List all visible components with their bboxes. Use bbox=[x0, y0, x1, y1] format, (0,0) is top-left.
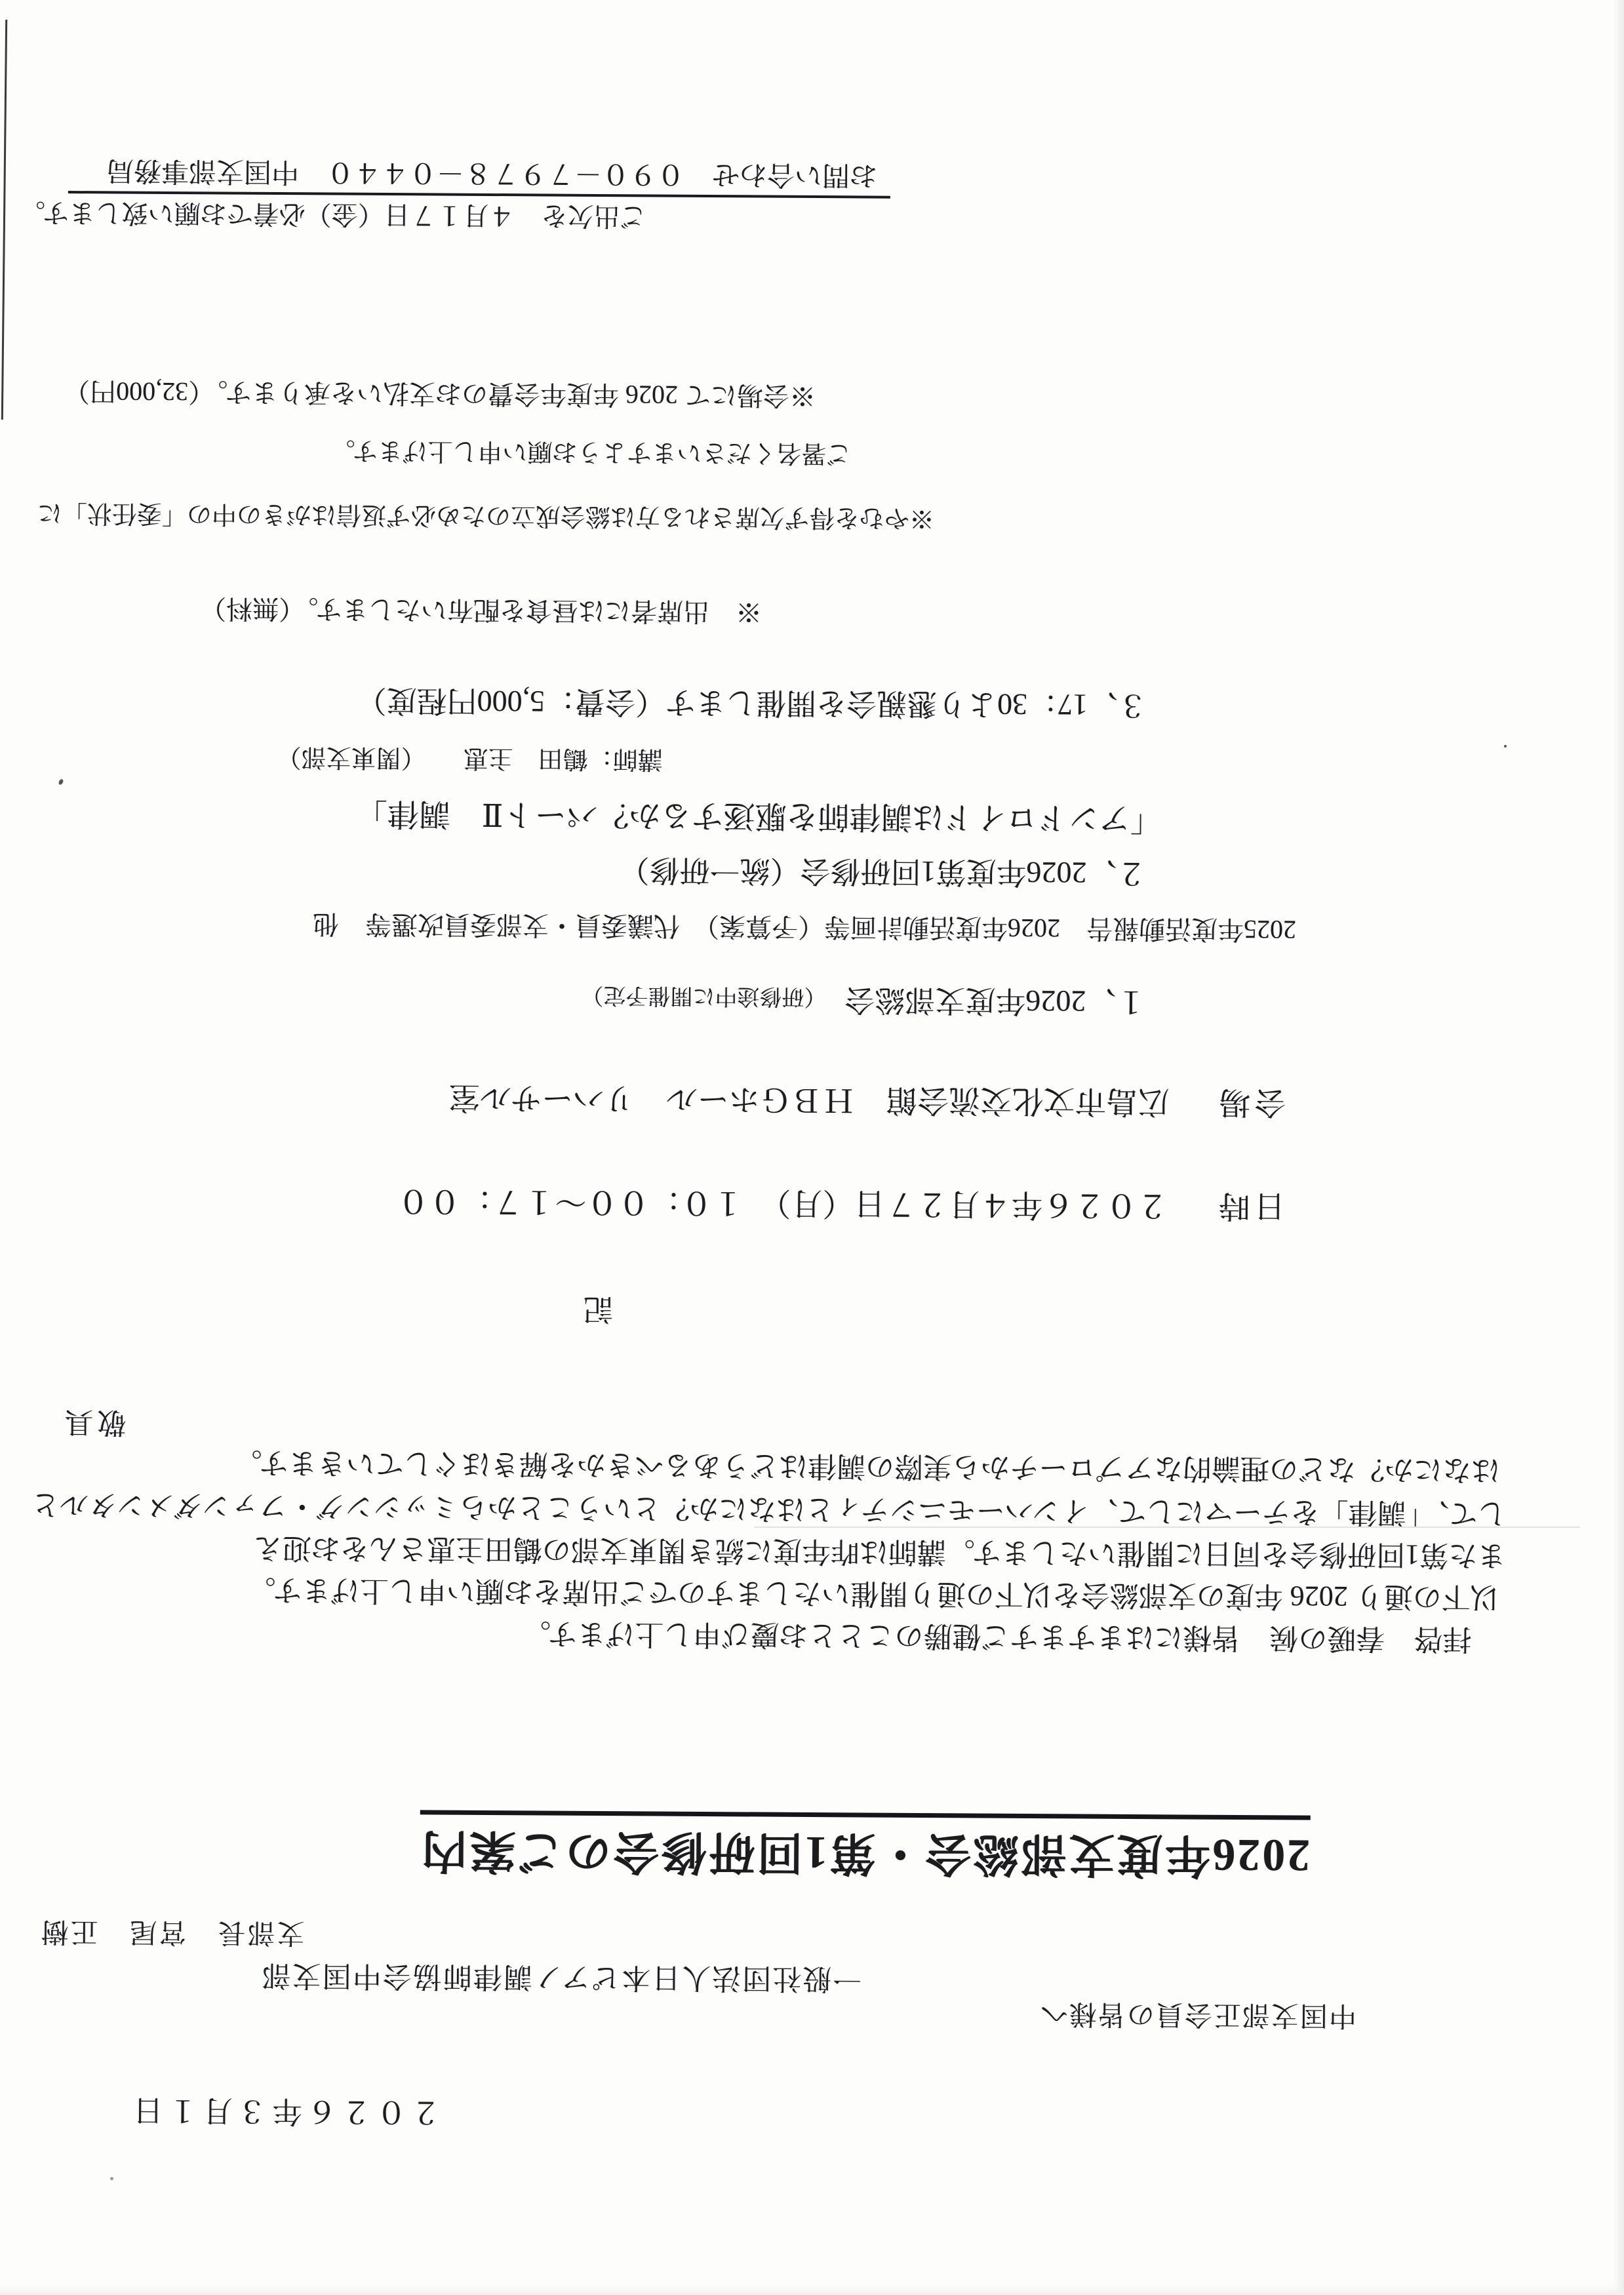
note-proxy-line-2: ご署名くださいますようお願い申し上げます。 bbox=[330, 435, 851, 468]
rotated-scan-content: ２０２６年３月１日 中国支部正会員の皆様へ 一般社団法人日本ピアノ調律師協会中国… bbox=[0, 0, 1624, 2295]
lecturer-line: 講師：鶴田 主恵 （関東支部） bbox=[276, 742, 662, 772]
body-line-4: して、「調律」をテーマにして、インハーモニシティとはなにか？ということからミッシ… bbox=[31, 1487, 1507, 1529]
date-line: ２０２６年３月１日 bbox=[129, 2092, 441, 2129]
body-line-1: 拝啓 春暖の候 皆様にはますますご健勝のこととお慶び申し上げます。 bbox=[522, 1616, 1472, 1655]
divider-rule bbox=[68, 191, 890, 199]
scan-artifact-bottom-edge-shade bbox=[0, 2286, 1624, 2295]
agenda-item-1-detail: 2025年度活動報告 2026年度活動計画等（予算案） 代議委員・支部委員改選等… bbox=[313, 908, 1296, 944]
datetime-value: ２０２６年４月２７日（月） １０：００～１７：００ bbox=[397, 1183, 1168, 1222]
closing-keigu: 敬具 bbox=[60, 1405, 126, 1438]
venue-value: 広島市文化交流会館 ＨＢＧホール リハーサル室 bbox=[448, 1080, 1170, 1119]
agenda-item-1-note: （研修途中に開催予定） bbox=[581, 983, 826, 1008]
agenda-item-1: １、2026年度支部総会（研修途中に開催予定） bbox=[581, 980, 1146, 1018]
note-fee: ※会場にて 2026 年度年会費のお支払いを承ります。（32,000円） bbox=[64, 376, 816, 410]
agenda-item-2: ２、2026年度第1回研修会（統一研修） bbox=[619, 852, 1147, 890]
record-mark: 記 bbox=[583, 1291, 613, 1326]
scan-artifact-right-edge-shade bbox=[1614, 0, 1624, 2295]
agenda-item-3: ３、17：30より懇親会を開催します（会費：5,000円程度） bbox=[356, 683, 1148, 722]
note-proxy-line-1: ※やむを得ず欠席される方は総会成立のため必ず返信はがきの中の「委任状」に bbox=[37, 498, 934, 532]
schedule-venue-line: 会場広島市文化交流会館 ＨＢＧホール リハーサル室 bbox=[448, 1079, 1286, 1120]
scan-artifact-faint-band bbox=[754, 1527, 1580, 1528]
letter-title: 2026年度支部総会・第1回研修会のご案内 bbox=[420, 1810, 1311, 1881]
addressee-line: 中国支部正会員の皆様へ bbox=[1039, 1997, 1357, 2031]
scan-artifact-speck bbox=[110, 2177, 113, 2180]
datetime-label: 日時 bbox=[1214, 1187, 1285, 1224]
schedule-datetime-line: 日時２０２６年４月２７日（月） １０：００～１７：００ bbox=[397, 1182, 1285, 1224]
agenda-item-1-text: １、2026年度支部総会 bbox=[844, 983, 1146, 1018]
sender-org-line: 一般社団法人日本ピアノ調律師協会中国支部 bbox=[261, 1958, 862, 1995]
sender-name-line: 支部長 宮尾 正樹 bbox=[39, 1915, 305, 1949]
scanned-letter-page: ２０２６年３月１日 中国支部正会員の皆様へ 一般社団法人日本ピアノ調律師協会中国… bbox=[0, 0, 1624, 2295]
scan-artifact-speck bbox=[1504, 745, 1507, 748]
venue-label: 会場 bbox=[1215, 1084, 1286, 1121]
body-line-5: はなにか？などの理論的なアプローチから実際の調律はどうあるべきかを解きほぐしてい… bbox=[233, 1445, 1500, 1486]
body-line-2: 以下の通り 2026 年度の支部総会を以下の通り開催いたしますのでご出席をお願い… bbox=[247, 1572, 1499, 1613]
body-line-3: また第1回研修会を同日に開催いたします。講師は昨年度に続き関東支部の鶴田主恵さん… bbox=[254, 1530, 1507, 1571]
reply-deadline-line: ご出欠を ４月１７日（金）必着でお願い致します。 bbox=[19, 197, 646, 231]
note-lunch: ※ 出席者には昼食を配布いたします。（無料） bbox=[200, 593, 762, 626]
contact-line: お問い合わせ ０９０－７９７８－０４４０ 中国支部事務局 bbox=[106, 154, 877, 190]
lecture-title: 「アンドロイドは調律師を駆逐するか？パートⅡ 調律」 bbox=[356, 795, 1162, 837]
